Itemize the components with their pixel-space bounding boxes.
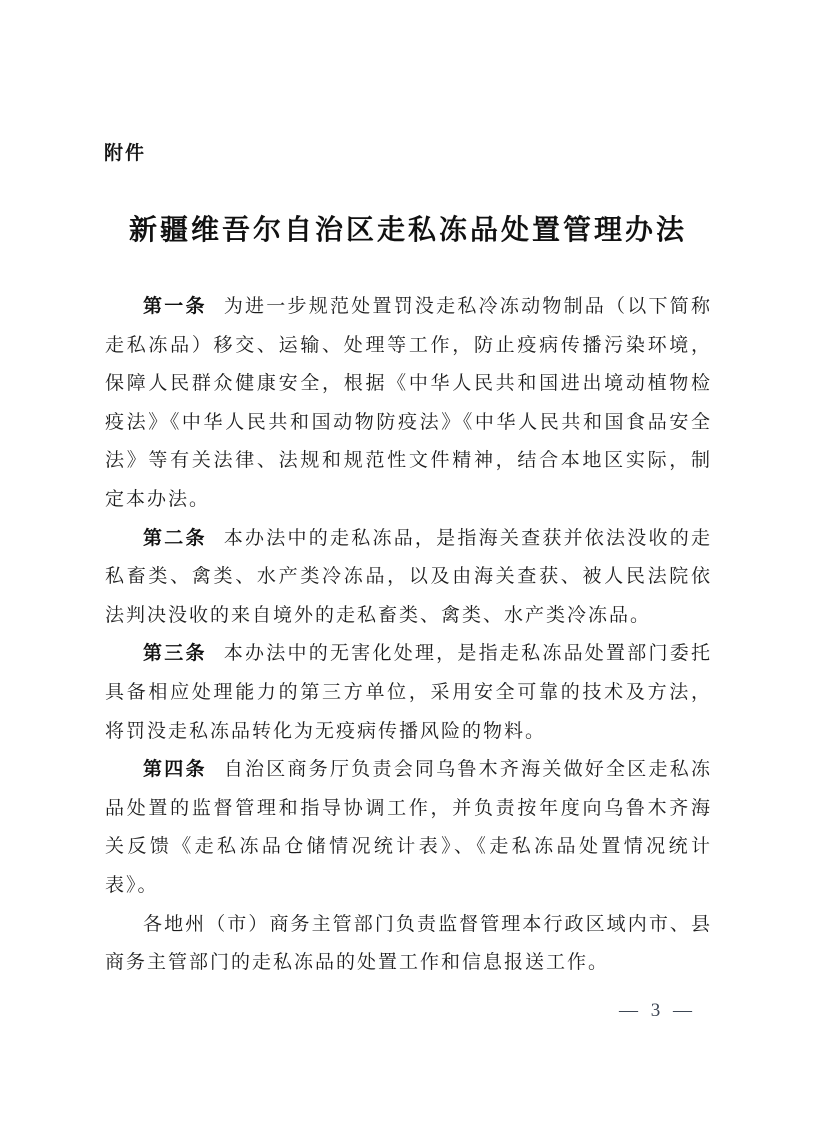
document-page: 附件 新疆维吾尔自治区走私冻品处置管理办法 第一条为进一步规范处置罚没走私冷冻动… [0,0,816,1121]
article-number: 第一条 [143,296,207,317]
paragraph: 第三条本办法中的无害化处理，是指走私冻品处置部门委托具备相应处理能力的第三方单位… [105,635,712,751]
document-title: 新疆维吾尔自治区走私冻品处置管理办法 [0,208,816,248]
article-number: 第二条 [143,528,207,549]
page-number: — 3 — [619,1000,696,1022]
article-text: 各地州（市）商务主管部门负责监督管理本行政区域内市、县商务主管部门的走私冻品的处… [105,914,712,974]
article-number: 第四条 [143,759,207,780]
document-body: 第一条为进一步规范处置罚没走私冷冻动物制品（以下简称走私冻品）移交、运输、处理等… [105,288,712,983]
paragraph: 第二条本办法中的走私冻品，是指海关查获并依法没收的走私畜类、禽类、水产类冷冻品，… [105,520,712,636]
paragraph: 第四条自治区商务厅负责会同乌鲁木齐海关做好全区走私冻品处置的监督管理和指导协调工… [105,751,712,905]
article-number: 第三条 [143,643,207,664]
paragraph: 各地州（市）商务主管部门负责监督管理本行政区域内市、县商务主管部门的走私冻品的处… [105,906,712,983]
attachment-label: 附件 [104,138,146,165]
paragraph: 第一条为进一步规范处置罚没走私冷冻动物制品（以下简称走私冻品）移交、运输、处理等… [105,288,712,520]
article-text: 为进一步规范处置罚没走私冷冻动物制品（以下简称走私冻品）移交、运输、处理等工作，… [105,296,712,510]
